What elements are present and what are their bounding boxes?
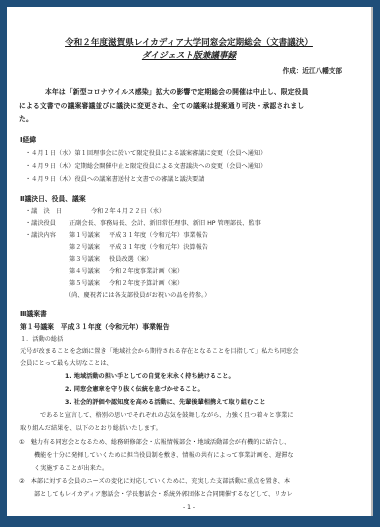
section2-heading: Ⅱ議決日、役員、議案 xyxy=(20,193,86,203)
agenda-no: 第１号議案 xyxy=(69,230,100,239)
resolution-date-label: ・議 決 日 xyxy=(25,206,62,215)
author-line: 作成：近江八幡支部 xyxy=(283,65,342,75)
summary-item-1-cont: く実施することが出来た。 xyxy=(34,463,108,472)
agenda-title: 令和２年度事業計画（案） xyxy=(109,266,183,275)
agenda1-heading: 第１号議案 平成３１年度（令和元年）事業報告 xyxy=(20,321,170,331)
principle-item: 1. 地域活動の担い手としての自覚を末永く持ち続けること。 xyxy=(65,371,235,380)
agenda-title: 令和２年度予算計画（案） xyxy=(109,278,183,287)
paragraph-line: 取り組んだ結果を、以下のとおり総括いたします。 xyxy=(20,423,162,432)
officers-value: 正副会長、事務局長、会計、新旧常任理事、新旧 HP 管理部長、監事 xyxy=(69,218,261,227)
summary-item-1-cont: 機能を十分に発揮していくために担当役員制を敷き、情報の共有によって事業計画を、遅… xyxy=(34,450,294,459)
officers-label: ・議決役員 xyxy=(25,218,56,227)
paragraph-line: 会員にとって最も大切なことは、 xyxy=(20,358,113,367)
history-item: ・４月９日（木）定期総会開催中止と限定役員による文書議決への変更（会員へ通知） xyxy=(25,161,266,170)
agenda-note: （尚、慶祝者には各支部役員がお祝いの品を持参。） xyxy=(65,290,210,299)
agenda-title: 平成３１年度（令和元年）事業報告 xyxy=(109,230,208,239)
document-title: 令和２年度滋賀県レイカディア大学同窓会定期総会（文書議決） xyxy=(7,36,371,48)
summary-item-2: ② 本部に対する会員のニーズの変化に対応していくために、充実した支部活動に重点を… xyxy=(19,476,290,485)
summary-item-2-cont: 部としてもレイカディア懇話会・学長懇話会・系統外郭団体と合同開催するなどして、リ… xyxy=(34,489,293,498)
document-page: 令和２年度滋賀県レイカディア大学同窓会定期総会（文書議決） ダイジェスト版兼議事… xyxy=(7,7,371,516)
section1-heading: Ⅰ経緯 xyxy=(20,134,36,144)
intro-text: 本年は「新型コロナウイルス感染」拡大の影響で定期総会の開催は中止し、限定役員によ… xyxy=(19,88,309,123)
page-number: - 1 - xyxy=(7,504,371,511)
principle-item: 2. 同窓会憲章を守り抜く伝統を息づかせること。 xyxy=(65,384,204,393)
agenda-no: 第４号議案 xyxy=(69,266,100,275)
intro-paragraph: 本年は「新型コロナウイルス感染」拡大の影響で定期総会の開催は中止し、限定役員によ… xyxy=(19,86,315,127)
agenda-no: 第５号議案 xyxy=(69,278,100,287)
agenda-no: 第３号議案 xyxy=(69,254,100,263)
resolution-date-value: 令和２年４月２２日（水） xyxy=(91,206,165,215)
agenda-title: 平成３１年度（令和元年）決算報告 xyxy=(109,242,208,251)
agenda-no: 第２号議案 xyxy=(69,242,100,251)
principle-item: 3. 社会的評価や認知度を高める活動に、先輩後輩相携えて取り組むこと xyxy=(65,397,266,406)
contents-label: ・議決内容 xyxy=(25,230,56,239)
section3-heading: Ⅲ議案書 xyxy=(20,308,47,318)
history-item: ・４月１日（水）第１回理事会に於いて限定役員による議案審議に変更（会員へ通知） xyxy=(25,148,266,157)
activity-summary-heading: １．活動の総括 xyxy=(20,334,63,343)
summary-item-1: ① 魅力有る同窓会となるため、総務研修部会・広報情報部会・地域活動部会が有機的に… xyxy=(19,437,290,446)
paragraph-line: 元号が改まることを念頭に置き「地域社会から期待される存在となることを目指して」私… xyxy=(20,346,298,355)
agenda-title: 役員改選（案） xyxy=(109,254,152,263)
document-subtitle: ダイジェスト版兼議事録 xyxy=(7,49,371,61)
paragraph-line: であると宣言して、格別の思いでそれぞれの志気を鼓舞しながら、力強く且つ着々と事業… xyxy=(40,410,294,419)
history-item: ・４月９日（木）役員への議案書送付と文書での審議と議決要請 xyxy=(25,174,204,183)
